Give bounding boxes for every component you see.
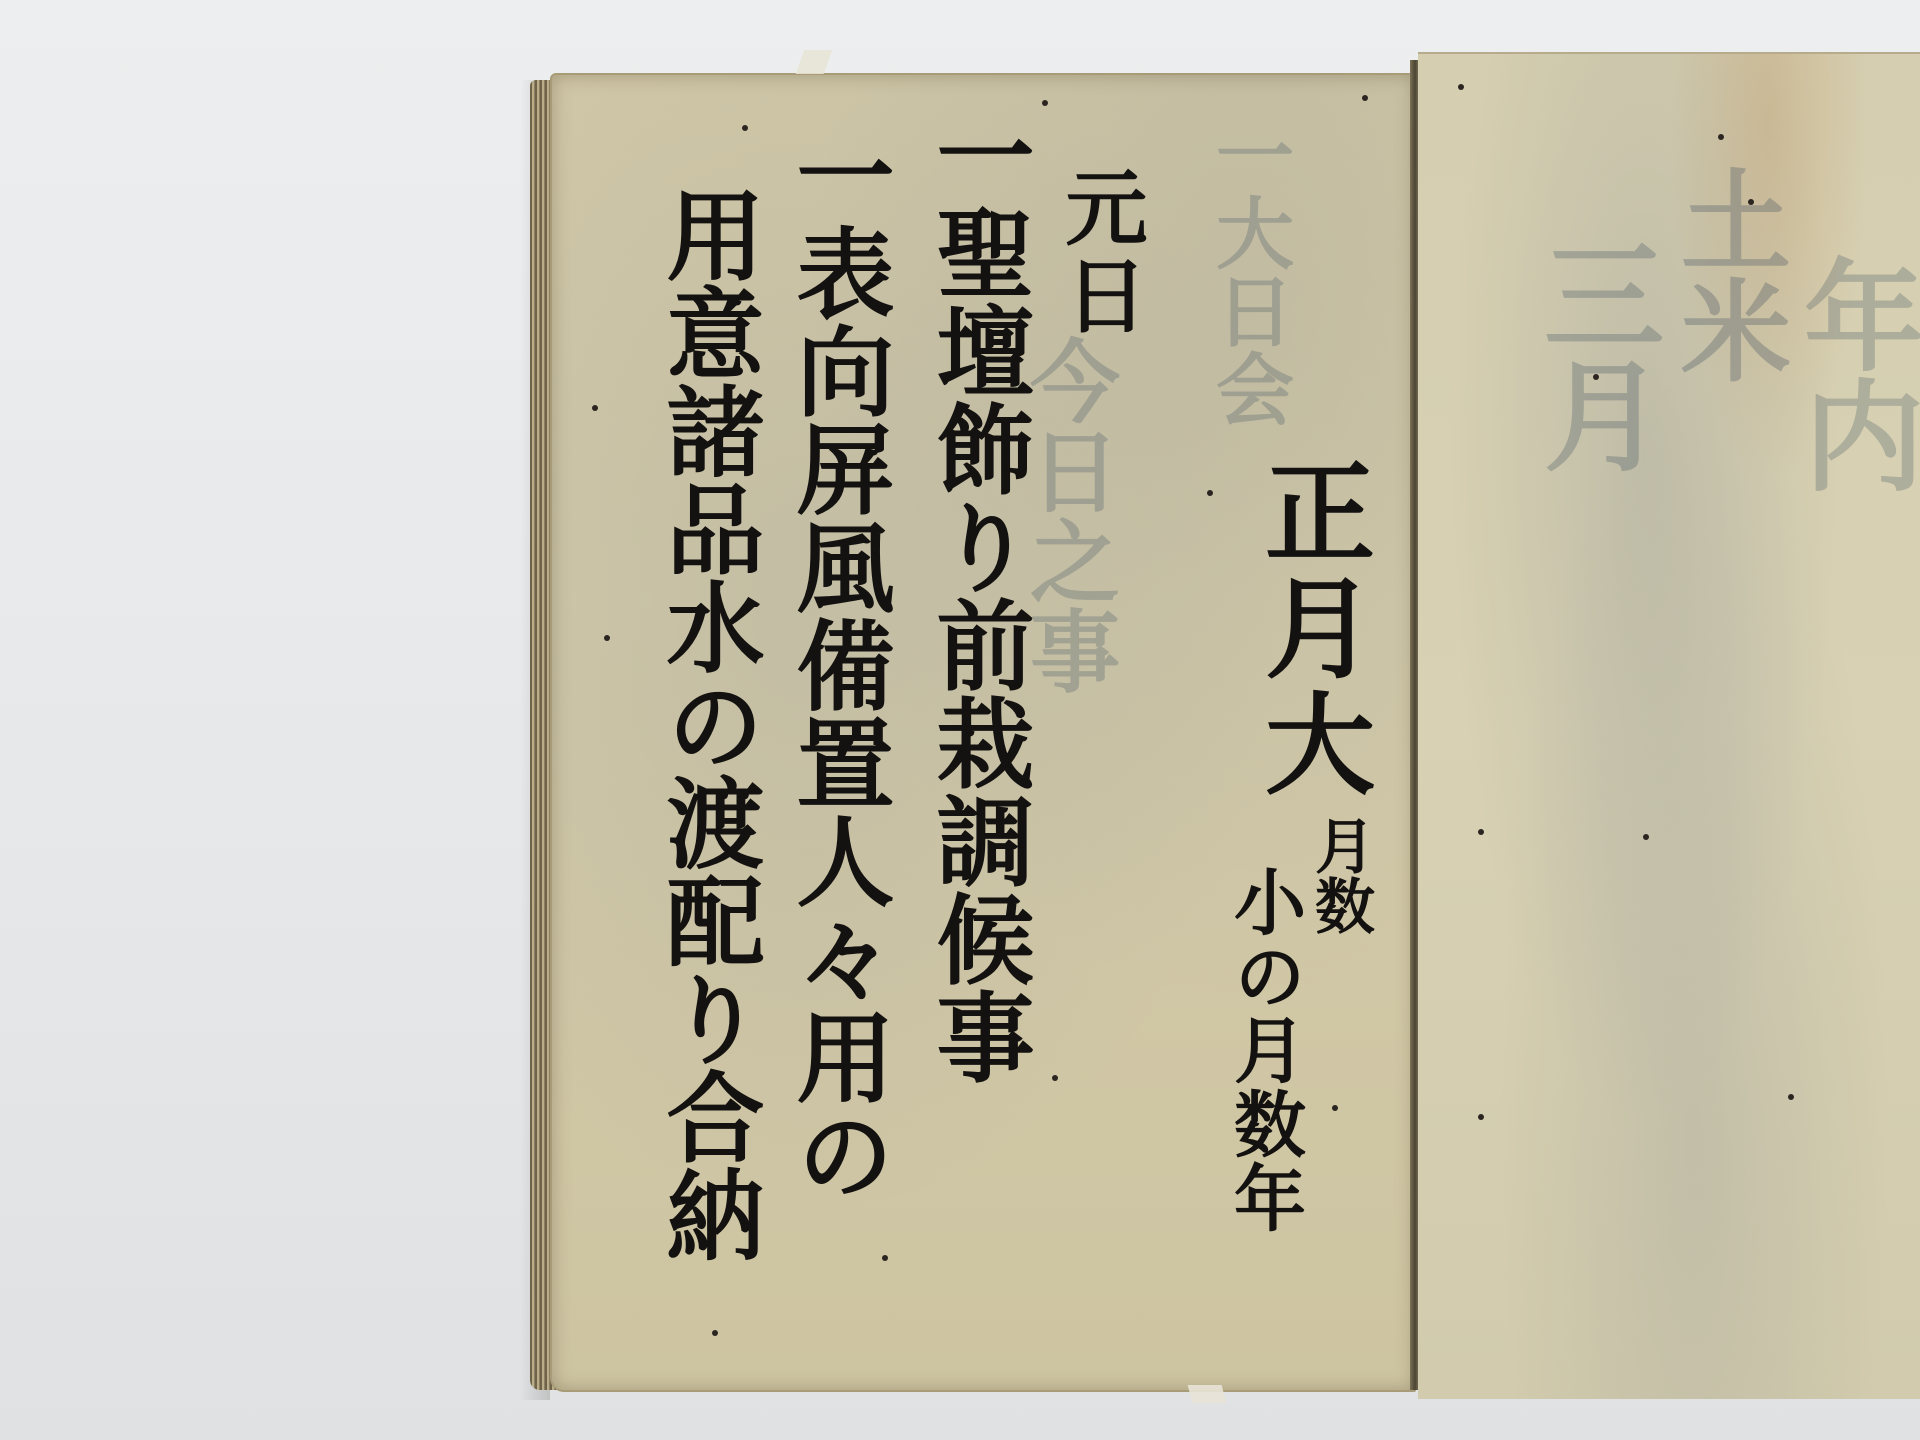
worm-hole — [882, 1255, 888, 1261]
worm-hole — [1643, 834, 1649, 840]
bleed-through-text: 年内 — [1768, 254, 1920, 494]
left-page: 一大日会 今日之事 正月大 月数 小の月数年 元日 一聖壇飾り前栽調候事 一表向… — [550, 73, 1416, 1392]
worm-hole — [1478, 829, 1484, 835]
paper-scrap — [1188, 1385, 1227, 1403]
worm-hole — [1748, 199, 1754, 205]
worm-hole — [604, 635, 610, 641]
worm-hole — [1788, 1094, 1794, 1100]
worm-hole — [1042, 100, 1048, 106]
month-note-column: 小の月数年 — [1212, 865, 1316, 1235]
bleed-through-text: 一大日会 — [1192, 115, 1304, 427]
worm-hole — [1332, 1105, 1338, 1111]
worm-hole — [1362, 95, 1368, 101]
worm-hole — [1458, 84, 1464, 90]
worm-hole — [1052, 1075, 1058, 1081]
title-column: 正月大 — [1232, 455, 1390, 803]
worm-hole — [1207, 490, 1213, 496]
worm-hole — [1718, 134, 1724, 140]
worm-hole — [1478, 1114, 1484, 1120]
paper-scrap — [796, 50, 833, 74]
item-column-3: 用意諸品水の渡配り合納 — [637, 185, 778, 1263]
worm-hole — [742, 125, 748, 131]
item-column-2: 一表向屏風備置人々用の — [767, 125, 908, 1203]
new-years-day-column: 元日 — [1042, 165, 1159, 341]
item-column-1: 一聖壇飾り前栽調候事 — [907, 105, 1048, 1085]
worm-hole — [1593, 374, 1599, 380]
worm-hole — [592, 405, 598, 411]
worm-hole — [712, 1330, 718, 1336]
right-page: 三月 土米 年内 — [1418, 52, 1920, 1399]
